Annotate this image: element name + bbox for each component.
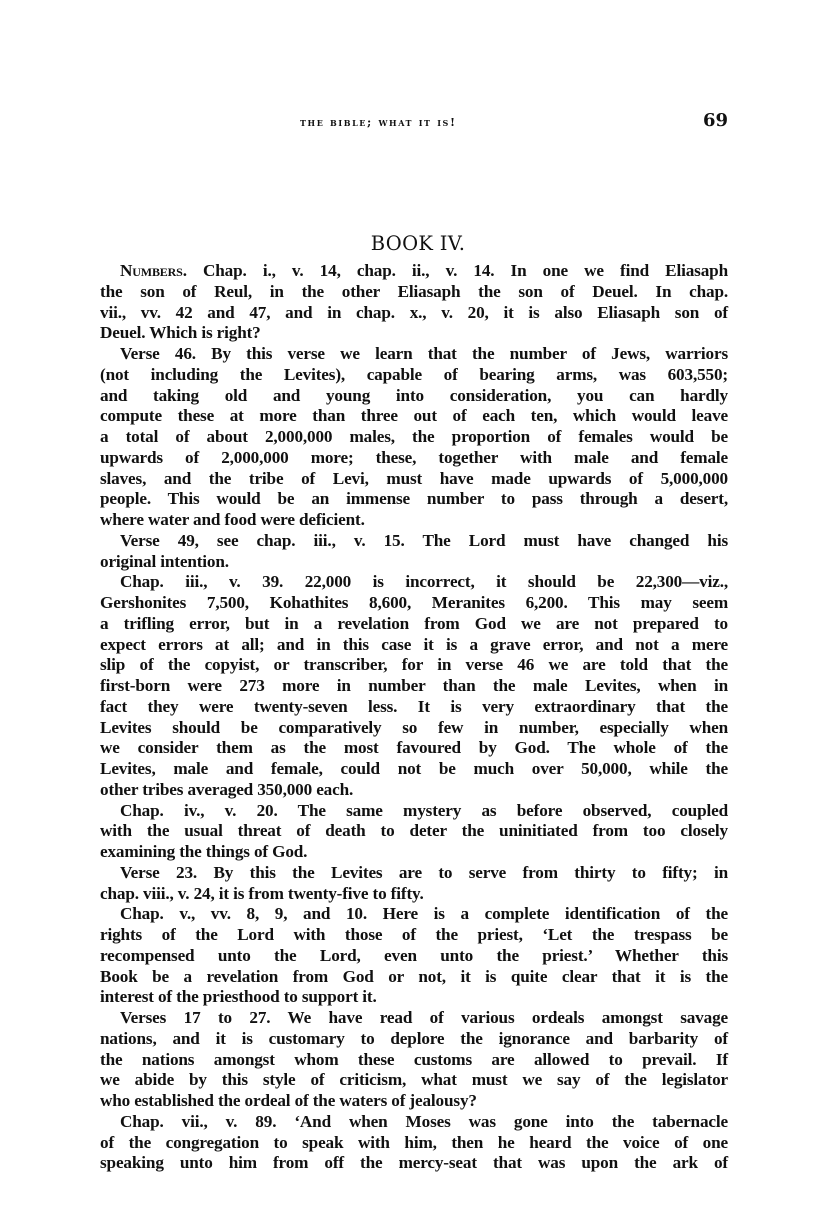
text-line: slaves, and the tribe of Levi, must have… [100, 469, 728, 490]
text-line: original intention. [100, 552, 728, 573]
text-line: who established the ordeal of the waters… [100, 1091, 728, 1112]
text-line: the son of Reul, in the other Eliasaph t… [100, 282, 728, 303]
text-line: nations, and it is customary to deplore … [100, 1029, 728, 1050]
text-line: examining the things of God. [100, 842, 728, 863]
text-line: with the usual threat of death to deter … [100, 821, 728, 842]
body-text: Numbers. Chap. i., v. 14, chap. ii., v. … [100, 261, 728, 1174]
text-line: Chap. vii., v. 89. ‘And when Moses was g… [100, 1112, 728, 1133]
text-line: first-born were 273 more in number than … [100, 676, 728, 697]
text-line: Gershonites 7,500, Kohathites 8,600, Mer… [100, 593, 728, 614]
text-line: expect errors at all; and in this case i… [100, 635, 728, 656]
text-line: vii., vv. 42 and 47, and in chap. x., v.… [100, 303, 728, 324]
paragraph: Verses 17 to 27. We have read of various… [100, 1008, 728, 1112]
text-line: interest of the priesthood to support it… [100, 987, 728, 1008]
text-line: Numbers. Chap. i., v. 14, chap. ii., v. … [100, 261, 728, 282]
text-line: Deuel. Which is right? [100, 323, 728, 344]
text-line: a total of about 2,000,000 males, the pr… [100, 427, 728, 448]
text-line: recompensed unto the Lord, even unto the… [100, 946, 728, 967]
text-line: we abide by this style of criticism, wha… [100, 1070, 728, 1091]
text-line: Verse 23. By this the Levites are to ser… [100, 863, 728, 884]
text-line: Levites should be comparatively so few i… [100, 718, 728, 739]
text-line: people. This would be an immense number … [100, 489, 728, 510]
paragraph: Verse 49, see chap. iii., v. 15. The Lor… [100, 531, 728, 573]
text-line: Book be a revelation from God or not, it… [100, 967, 728, 988]
section-lead: Numbers. [120, 261, 187, 280]
running-title: THE BIBLE; WHAT IT IS! [300, 115, 457, 129]
text-line: slip of the copyist, or transcriber, for… [100, 655, 728, 676]
paragraph: Verse 23. By this the Levites are to ser… [100, 863, 728, 905]
text-line: chap. viii., v. 24, it is from twenty-fi… [100, 884, 728, 905]
paragraph: Chap. iv., v. 20. The same mystery as be… [100, 801, 728, 863]
text-line: Verses 17 to 27. We have read of various… [100, 1008, 728, 1029]
paragraph: Chap. iii., v. 39. 22,000 is incorrect, … [100, 572, 728, 800]
text-line: Verse 46. By this verse we learn that th… [100, 344, 728, 365]
paragraph: Numbers. Chap. i., v. 14, chap. ii., v. … [100, 261, 728, 344]
text-line: Verse 49, see chap. iii., v. 15. The Lor… [100, 531, 728, 552]
text-line: upwards of 2,000,000 more; these, togeth… [100, 448, 728, 469]
running-header: THE BIBLE; WHAT IT IS! 69 [300, 112, 728, 134]
text-line: the nations amongst whom these customs a… [100, 1050, 728, 1071]
text-line: Chap. iv., v. 20. The same mystery as be… [100, 801, 728, 822]
text-line: rights of the Lord with those of the pri… [100, 925, 728, 946]
text-line: of the congregation to speak with him, t… [100, 1133, 728, 1154]
paragraph: Chap. v., vv. 8, 9, and 10. Here is a co… [100, 904, 728, 1008]
text-line: (not including the Levites), capable of … [100, 365, 728, 386]
text-line: Chap. v., vv. 8, 9, and 10. Here is a co… [100, 904, 728, 925]
text-line: other tribes averaged 350,000 each. [100, 780, 728, 801]
text-line: a trifling error, but in a revelation fr… [100, 614, 728, 635]
paragraph: Verse 46. By this verse we learn that th… [100, 344, 728, 531]
text-line: we consider them as the most favoured by… [100, 738, 728, 759]
text-line: compute these at more than three out of … [100, 406, 728, 427]
text-line: Levites, male and female, could not be m… [100, 759, 728, 780]
text-line: and taking old and young into considerat… [100, 386, 728, 407]
text-line: where water and food were deficient. [100, 510, 728, 531]
paragraph: Chap. vii., v. 89. ‘And when Moses was g… [100, 1112, 728, 1174]
text-line: Chap. iii., v. 39. 22,000 is incorrect, … [100, 572, 728, 593]
text-line: fact they were twenty-seven less. It is … [100, 697, 728, 718]
page-number: 69 [703, 110, 728, 131]
text-line: speaking unto him from off the mercy-sea… [100, 1153, 728, 1174]
book-title: BOOK IV. [0, 232, 836, 255]
